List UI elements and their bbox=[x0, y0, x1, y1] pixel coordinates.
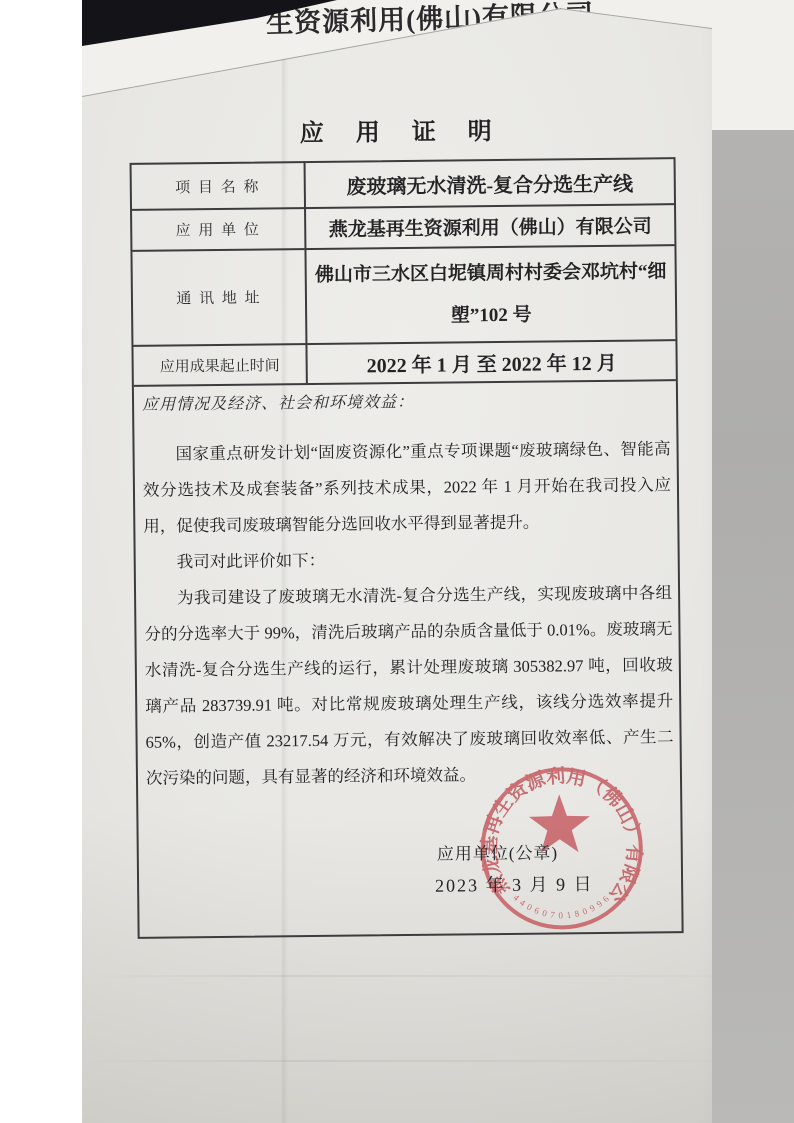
benefits-paragraph-1: 国家重点研发计划“固废资源化”重点专项课题“废玻璃绿色、智能高效分选技术及成套装… bbox=[142, 431, 671, 545]
application-period-value: 2022 年 1 月 至 2022 年 12 月 bbox=[307, 341, 675, 383]
screenshot-canvas: { "document": { "title": "应 用 证 明" }, "b… bbox=[0, 0, 794, 1123]
document-title: 应 用 证 明 bbox=[129, 109, 675, 150]
address-value: 佛山市三水区白坭镇周村村委会邓坑村“细 塱”102 号 bbox=[306, 246, 675, 343]
application-period-label: 应用成果起止时间 bbox=[133, 345, 305, 385]
address-line-1: 佛山市三水区白坭镇周村村委会邓坑村“细 bbox=[315, 261, 667, 286]
signature-date: 2023 年 3 月 9 日 bbox=[435, 869, 735, 898]
benefits-paragraphs: 国家重点研发计划“固废资源化”重点专项课题“废玻璃绿色、智能高效分选技术及成套装… bbox=[142, 431, 674, 797]
address-label: 通 讯 地 址 bbox=[132, 250, 305, 345]
signature-unit-label: 应用单位(公章) bbox=[437, 837, 717, 865]
benefits-paragraph-2: 我司对此评价如下： bbox=[144, 539, 672, 581]
applying-unit-value: 燕龙基再生资源利用（佛山）有限公司 bbox=[306, 205, 674, 248]
certificate-paper: 应 用 证 明 项 目 名 称 废玻璃无水清洗-复合分选生产线 应 用 单 位 … bbox=[82, 0, 794, 1123]
project-name-label: 项 目 名 称 bbox=[132, 163, 304, 209]
document-content: 应 用 证 明 项 目 名 称 废玻璃无水清洗-复合分选生产线 应 用 单 位 … bbox=[129, 109, 684, 985]
applying-unit-label: 应 用 单 位 bbox=[132, 209, 304, 250]
benefits-section-heading: 应用情况及经济、社会和环境效益： bbox=[142, 389, 414, 415]
paper-crease bbox=[82, 1060, 794, 1062]
project-name-value: 废玻璃无水清洗-复合分选生产线 bbox=[306, 159, 674, 207]
photo-of-document: 生资源利用(佛山)有限公司 应 用 证 明 项 目 名 称 废玻璃无水清洗-复合… bbox=[82, 0, 794, 1123]
address-line-2: 塱”102 号 bbox=[451, 304, 532, 326]
